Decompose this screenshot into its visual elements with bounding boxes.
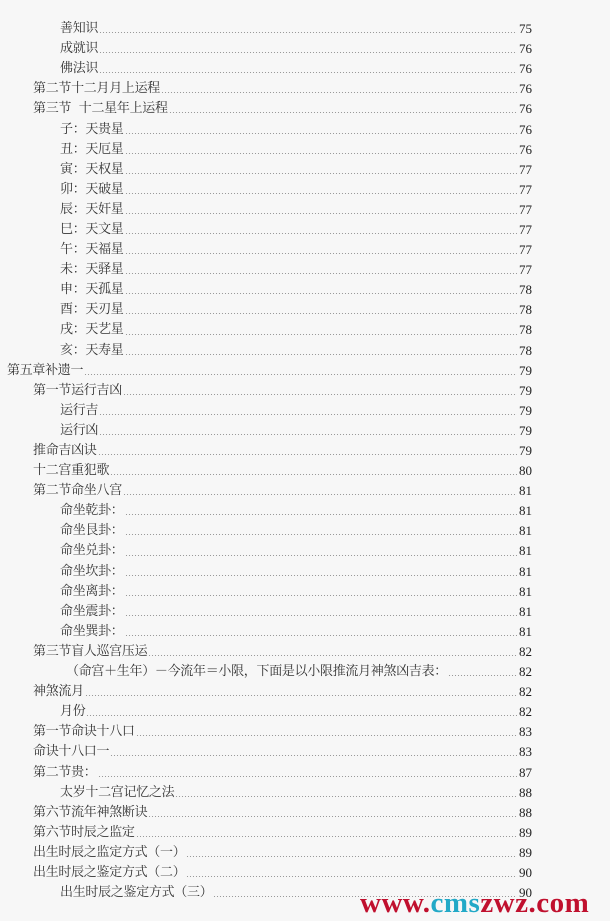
toc-entry-page: 81 xyxy=(518,481,532,501)
toc-entry-page: 76 xyxy=(518,99,532,119)
toc-entry[interactable]: 午：天福星77 xyxy=(0,240,532,260)
toc-entry-page: 81 xyxy=(518,521,532,541)
toc-entry-page: 89 xyxy=(518,823,532,843)
toc-entry-title: 命坐兑卦： xyxy=(60,541,124,561)
dot-leader xyxy=(169,112,517,113)
toc-entry-title: 命坐坎卦： xyxy=(60,562,124,582)
watermark-suffix: zwz.com xyxy=(480,887,589,919)
dot-leader xyxy=(186,856,517,857)
toc-entry[interactable]: 第二节命坐八宫81 xyxy=(0,481,532,501)
toc-entry[interactable]: 第二节贵：87 xyxy=(0,762,532,782)
dot-leader xyxy=(110,755,517,756)
toc-entry-page: 78 xyxy=(518,300,532,320)
toc-entry-title: 运行凶 xyxy=(60,421,98,441)
toc-entry-title: 第一节命诀十八口 xyxy=(33,722,135,742)
toc-entry-page: 75 xyxy=(518,19,532,39)
toc-entry[interactable]: 推命吉凶诀79 xyxy=(0,441,532,461)
toc-entry[interactable]: 命坐离卦：81 xyxy=(0,582,532,602)
toc-entry[interactable]: 第五章补遗一79 xyxy=(0,361,532,381)
toc-entry[interactable]: 出生时辰之鉴定方式（二）90 xyxy=(0,863,532,883)
toc-entry[interactable]: （命宫＋生年）－今流年＝小限，下面是以小限推流月神煞凶吉表：82 xyxy=(0,662,532,682)
dot-leader xyxy=(125,595,517,596)
toc-entry-title: 出生时辰之鉴定方式（三） xyxy=(60,883,212,903)
toc-entry-title: 第二节十二月月上运程 xyxy=(33,79,160,99)
toc-entry[interactable]: 戌：天艺星78 xyxy=(0,320,532,340)
dot-leader xyxy=(123,394,517,395)
toc-entry-title: 亥：天寿星 xyxy=(60,341,124,361)
dot-leader xyxy=(99,434,517,435)
toc-entry[interactable]: 命坐兑卦：81 xyxy=(0,541,532,561)
toc-entry[interactable]: 酉：天刃星78 xyxy=(0,300,532,320)
toc-entry-page: 78 xyxy=(518,341,532,361)
toc-entry-title: 推命吉凶诀 xyxy=(33,441,97,461)
dot-leader xyxy=(125,253,517,254)
dot-leader xyxy=(125,555,517,556)
dot-leader xyxy=(99,52,517,53)
dot-leader xyxy=(99,414,517,415)
toc-entry-page: 81 xyxy=(518,622,532,642)
toc-entry-page: 90 xyxy=(518,863,532,883)
toc-entry[interactable]: 第一节运行吉凶79 xyxy=(0,381,532,401)
toc-entry-page: 89 xyxy=(518,843,532,863)
toc-entry-page: 76 xyxy=(518,39,532,59)
toc-entry[interactable]: 第二节十二月月上运程76 xyxy=(0,79,532,99)
dot-leader xyxy=(136,735,517,736)
dot-leader xyxy=(186,876,517,877)
toc-entry-title: 第三节盲人巡宫压运 xyxy=(33,642,147,662)
toc-entry-page: 81 xyxy=(518,602,532,622)
toc-entry-page: 81 xyxy=(518,582,532,602)
dot-leader xyxy=(98,454,517,455)
toc-entry-page: 81 xyxy=(518,541,532,561)
dot-leader xyxy=(125,233,517,234)
toc-entry[interactable]: 神煞流月82 xyxy=(0,682,532,702)
toc-entry[interactable]: 第六节流年神煞断诀88 xyxy=(0,803,532,823)
dot-leader xyxy=(125,133,517,134)
toc-entry-page: 77 xyxy=(518,180,532,200)
toc-entry[interactable]: 命坐巽卦：81 xyxy=(0,622,532,642)
dot-leader xyxy=(86,715,517,716)
dot-leader xyxy=(448,675,517,676)
toc-entry[interactable]: 佛法识76 xyxy=(0,59,532,79)
toc-entry-page: 82 xyxy=(518,642,532,662)
toc-entry-title: 第一节运行吉凶 xyxy=(33,381,122,401)
toc-entry-title: 命坐艮卦： xyxy=(60,521,124,541)
toc-entry-title: 午：天福星 xyxy=(60,240,124,260)
toc-entry-title: 丑：天厄星 xyxy=(60,140,124,160)
toc-entry[interactable]: 太岁十二宫记忆之法88 xyxy=(0,783,532,803)
toc-entry-title: 神煞流月 xyxy=(33,682,84,702)
toc-entry-title: 第二节贵： xyxy=(33,763,97,783)
toc-entry-page: 82 xyxy=(518,682,532,702)
toc-entry[interactable]: 第一节命诀十八口83 xyxy=(0,722,532,742)
dot-leader xyxy=(98,776,517,777)
toc-entry-page: 76 xyxy=(518,140,532,160)
toc-entry[interactable]: 亥：天寿星78 xyxy=(0,341,532,361)
toc-entry-title: 命坐震卦： xyxy=(60,602,124,622)
toc-entry-title: 第二节命坐八宫 xyxy=(33,481,122,501)
toc-entry-title: 子：天贵星 xyxy=(60,120,124,140)
toc-entry[interactable]: 善知识75 xyxy=(0,19,532,39)
toc-entry-page: 77 xyxy=(518,220,532,240)
dot-leader xyxy=(125,615,517,616)
toc-entry-page: 78 xyxy=(518,280,532,300)
dot-leader xyxy=(125,173,517,174)
toc-entry-title: 善知识 xyxy=(60,19,98,39)
watermark-prefix: www. xyxy=(360,887,430,919)
toc-entry-title: 佛法识 xyxy=(60,59,98,79)
site-watermark: www.cmszwz.com xyxy=(360,888,589,918)
toc-entry-page: 88 xyxy=(518,783,532,803)
dot-leader xyxy=(125,334,517,335)
toc-entry[interactable]: 第三节盲人巡宫压运82 xyxy=(0,642,532,662)
dot-leader xyxy=(99,72,517,73)
dot-leader xyxy=(125,534,517,535)
dot-leader xyxy=(148,816,517,817)
dot-leader xyxy=(148,655,517,656)
toc-entry-title: （命宫＋生年）－今流年＝小限，下面是以小限推流月神煞凶吉表： xyxy=(66,662,447,682)
toc-entry-title: 第五章补遗一 xyxy=(7,361,83,381)
toc-entry[interactable]: 命坐坎卦：81 xyxy=(0,562,532,582)
toc-entry-page: 79 xyxy=(518,401,532,421)
toc-entry-title: 十二宫重犯歌 xyxy=(33,461,109,481)
toc-entry[interactable]: 运行凶79 xyxy=(0,421,532,441)
watermark-accent: cms xyxy=(430,887,480,919)
toc-entry[interactable]: 丑：天厄星76 xyxy=(0,140,532,160)
toc-entry[interactable]: 未：天驿星77 xyxy=(0,260,532,280)
toc-entry[interactable]: 成就识76 xyxy=(0,39,532,59)
toc-entry-page: 77 xyxy=(518,200,532,220)
dot-leader xyxy=(125,293,517,294)
dot-leader xyxy=(84,374,517,375)
table-of-contents: 善知识75 成就识76 佛法识76 第二节十二月月上运程76 第三节 十二星年上… xyxy=(0,19,532,903)
dot-leader xyxy=(99,32,517,33)
toc-entry-title: 第三节 十二星年上运程 xyxy=(33,99,168,119)
toc-entry-page: 76 xyxy=(518,79,532,99)
toc-entry-page: 80 xyxy=(518,461,532,481)
toc-entry-title: 成就识 xyxy=(60,39,98,59)
dot-leader xyxy=(123,494,517,495)
dot-leader xyxy=(125,514,517,515)
toc-entry[interactable]: 申：天孤星78 xyxy=(0,280,532,300)
toc-entry-page: 81 xyxy=(518,501,532,521)
toc-entry-page: 81 xyxy=(518,562,532,582)
toc-entry-title: 命诀十八口一 xyxy=(33,742,109,762)
toc-entry-page: 87 xyxy=(518,763,532,783)
toc-entry-title: 申：天孤星 xyxy=(60,280,124,300)
toc-entry-page: 79 xyxy=(518,421,532,441)
toc-entry-page: 76 xyxy=(518,120,532,140)
toc-entry-title: 戌：天艺星 xyxy=(60,320,124,340)
toc-entry-page: 78 xyxy=(518,320,532,340)
toc-entry[interactable]: 第三节 十二星年上运程76 xyxy=(0,99,532,119)
toc-entry-page: 76 xyxy=(518,59,532,79)
toc-entry[interactable]: 卯：天破星77 xyxy=(0,180,532,200)
toc-entry[interactable]: 十二宫重犯歌80 xyxy=(0,461,532,481)
dot-leader xyxy=(125,313,517,314)
dot-leader xyxy=(125,635,517,636)
toc-entry[interactable]: 命坐乾卦：81 xyxy=(0,501,532,521)
toc-entry-title: 辰：天奸星 xyxy=(60,200,124,220)
toc-entry[interactable]: 寅：天权星77 xyxy=(0,160,532,180)
toc-entry-page: 83 xyxy=(518,722,532,742)
toc-entry-title: 酉：天刃星 xyxy=(60,300,124,320)
toc-entry-title: 运行吉 xyxy=(60,401,98,421)
toc-entry-title: 巳：天文星 xyxy=(60,220,124,240)
toc-entry-title: 第六节时辰之监定 xyxy=(33,823,135,843)
toc-entry-title: 第六节流年神煞断诀 xyxy=(33,803,147,823)
toc-entry-title: 未：天驿星 xyxy=(60,260,124,280)
toc-entry-page: 79 xyxy=(518,441,532,461)
dot-leader xyxy=(125,193,517,194)
toc-entry-page: 82 xyxy=(518,702,532,722)
toc-entry-title: 命坐乾卦： xyxy=(60,501,124,521)
toc-entry-page: 82 xyxy=(518,662,532,682)
dot-leader xyxy=(175,796,517,797)
dot-leader xyxy=(85,695,517,696)
toc-entry-page: 77 xyxy=(518,260,532,280)
toc-entry-page: 88 xyxy=(518,803,532,823)
toc-entry-title: 命坐巽卦： xyxy=(60,622,124,642)
toc-entry[interactable]: 命坐震卦：81 xyxy=(0,602,532,622)
toc-entry-page: 79 xyxy=(518,361,532,381)
toc-entry[interactable]: 运行吉79 xyxy=(0,401,532,421)
dot-leader xyxy=(110,474,517,475)
toc-entry-title: 月份 xyxy=(60,702,85,722)
toc-entry[interactable]: 第六节时辰之监定89 xyxy=(0,823,532,843)
dot-leader xyxy=(125,575,517,576)
dot-leader xyxy=(136,836,517,837)
dot-leader xyxy=(125,213,517,214)
toc-entry-page: 77 xyxy=(518,160,532,180)
toc-entry-title: 出生时辰之监定方式（一） xyxy=(33,843,185,863)
toc-entry[interactable]: 月份82 xyxy=(0,702,532,722)
dot-leader xyxy=(125,273,517,274)
toc-entry[interactable]: 出生时辰之监定方式（一）89 xyxy=(0,843,532,863)
toc-entry-title: 出生时辰之鉴定方式（二） xyxy=(33,863,185,883)
dot-leader xyxy=(125,153,517,154)
toc-entry[interactable]: 命诀十八口一83 xyxy=(0,742,532,762)
dot-leader xyxy=(125,354,517,355)
toc-entry-page: 83 xyxy=(518,742,532,762)
toc-entry-title: 命坐离卦： xyxy=(60,582,124,602)
toc-entry[interactable]: 巳：天文星77 xyxy=(0,220,532,240)
dot-leader xyxy=(161,92,517,93)
toc-entry[interactable]: 辰：天奸星77 xyxy=(0,200,532,220)
toc-entry-page: 79 xyxy=(518,381,532,401)
toc-entry-title: 寅：天权星 xyxy=(60,160,124,180)
toc-entry-page: 77 xyxy=(518,240,532,260)
toc-entry-title: 太岁十二宫记忆之法 xyxy=(60,783,174,803)
toc-entry-title: 卯：天破星 xyxy=(60,180,124,200)
toc-entry[interactable]: 子：天贵星76 xyxy=(0,119,532,139)
toc-entry[interactable]: 命坐艮卦：81 xyxy=(0,521,532,541)
